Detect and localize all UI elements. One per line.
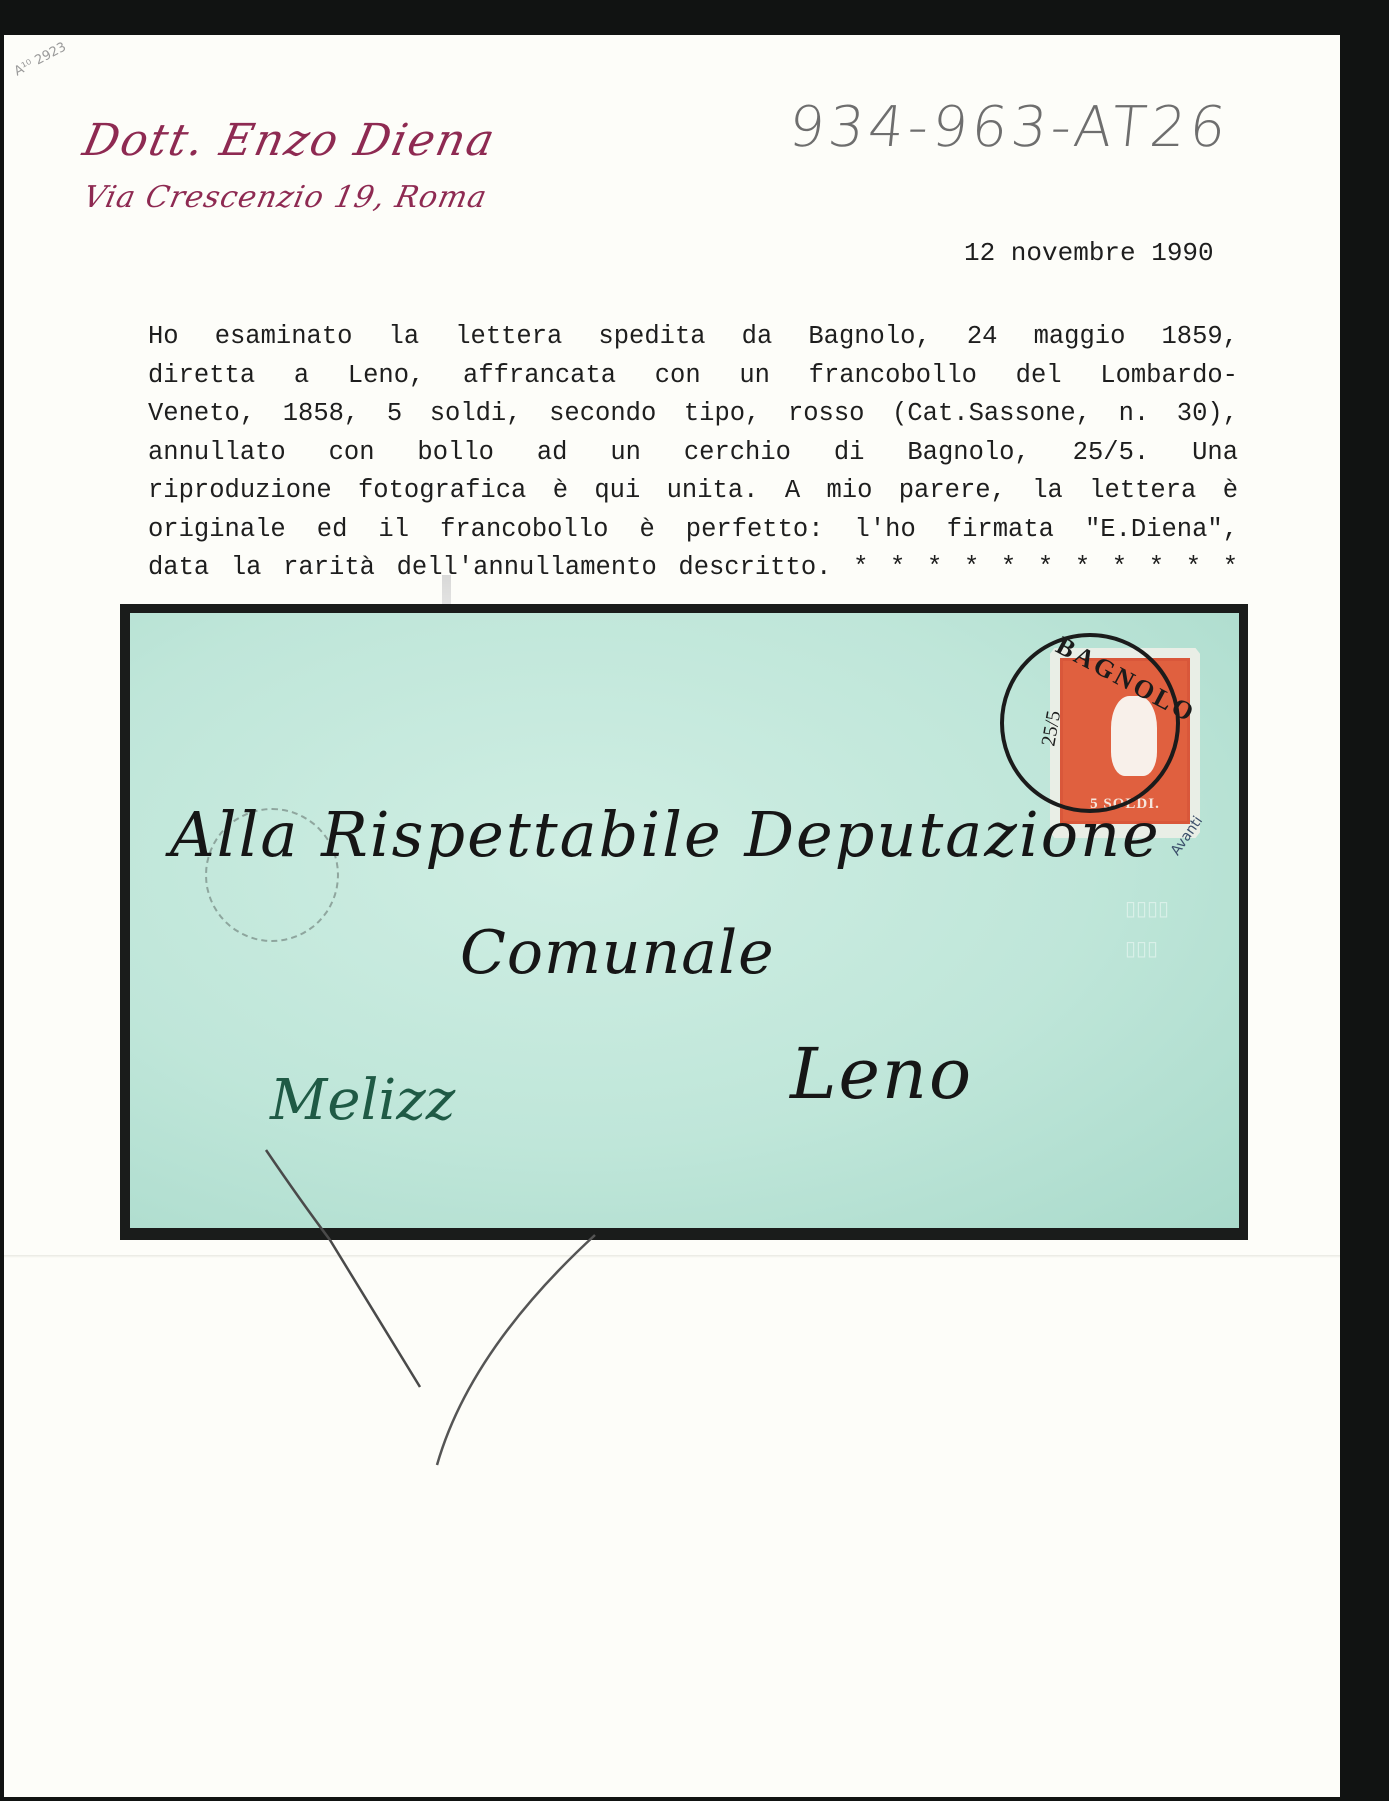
letterhead: Dott. Enzo Diena Via Crescenzio 19, Roma bbox=[84, 115, 495, 215]
letterhead-address: Via Crescenzio 19, Roma bbox=[80, 180, 499, 215]
fold-line bbox=[4, 1255, 1340, 1258]
postmark-date: 25/5 bbox=[1037, 709, 1066, 748]
certificate-date: 12 novembre 1990 bbox=[964, 238, 1214, 268]
letterhead-name: Dott. Enzo Diena bbox=[79, 115, 501, 166]
body-line: data la rarità dell'annullamento descrit… bbox=[148, 549, 1238, 588]
pencil-reference: A¹⁰ 2923 bbox=[12, 40, 68, 78]
address-line-2: Comunale bbox=[460, 918, 775, 988]
body-line: Ho esaminato la lettera spedita da Bagno… bbox=[148, 318, 1238, 357]
body-line: originale ed il francobollo è perfetto: … bbox=[148, 511, 1238, 550]
body-line: Veneto, 1858, 5 soldi, secondo tipo, ros… bbox=[148, 395, 1238, 434]
handwritten-reference: 934-963-AT26 bbox=[786, 95, 1233, 160]
address-line-3: Leno bbox=[790, 1033, 973, 1115]
body-line: annullato con bollo ad un cerchio di Bag… bbox=[148, 434, 1238, 473]
body-line: riproduzione fotografica è qui unita. A … bbox=[148, 472, 1238, 511]
cover-envelope: 5 SOLDI. BAGNOLO 25/5 Avanti ▯▯▯▯▯▯▯ All… bbox=[130, 613, 1239, 1228]
sender-signature: Melizz bbox=[270, 1068, 455, 1133]
postmark: BAGNOLO 25/5 bbox=[1000, 633, 1180, 813]
certificate-body: Ho esaminato la lettera spedita da Bagno… bbox=[148, 318, 1238, 588]
cover-photo: 5 SOLDI. BAGNOLO 25/5 Avanti ▯▯▯▯▯▯▯ All… bbox=[120, 604, 1248, 1240]
address-line-1: Alla Rispettabile Deputazione bbox=[170, 798, 1161, 871]
body-line: diretta a Leno, affrancata con un franco… bbox=[148, 357, 1238, 396]
show-through-text: ▯▯▯▯▯▯▯ bbox=[1125, 888, 1169, 968]
